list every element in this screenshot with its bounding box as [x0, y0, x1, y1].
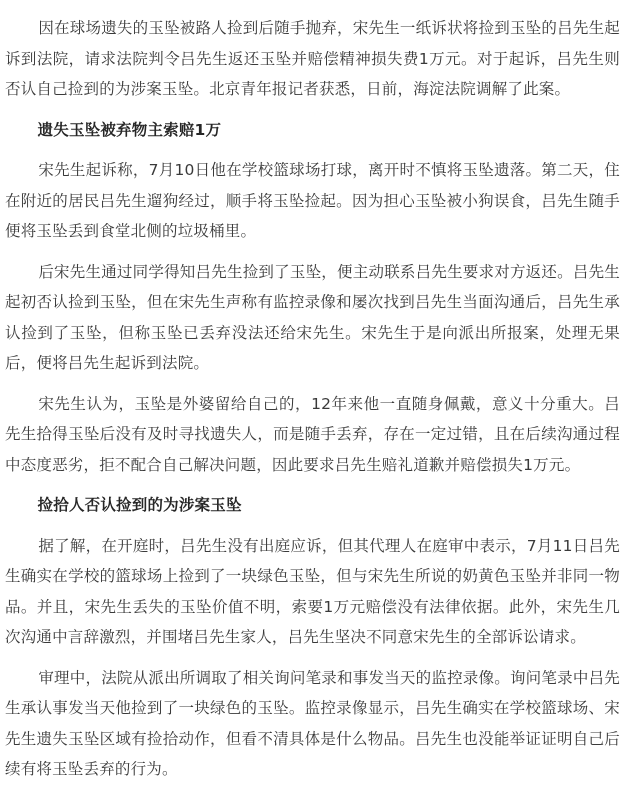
- paragraph-plaintiff-claim: 宋先生起诉称，7月10日他在学校篮球场打球，离开时不慎将玉坠遗落。第二天，住在附…: [5, 155, 620, 247]
- paragraph-defense-statement: 据了解，在开庭时，吕先生没有出庭应诉，但其代理人在庭审中表示，7月11日吕先生确…: [5, 531, 620, 653]
- paragraph-pendant-significance: 宋先生认为，玉坠是外婆留给自己的，12年来他一直随身佩戴，意义十分重大。吕先生拾…: [5, 389, 620, 481]
- intro-paragraph: 因在球场遗失的玉坠被路人捡到后随手抛弃，宋先生一纸诉状将捡到玉坠的吕先生起诉到法…: [5, 13, 620, 105]
- paragraph-contact-and-report: 后宋先生通过同学得知吕先生捡到了玉坠，便主动联系吕先生要求对方返还。吕先生起初否…: [5, 257, 620, 379]
- section-heading-finder-denial: 捡拾人否认捡到的为涉案玉坠: [5, 490, 620, 521]
- section-heading-lost-pendant-claim: 遗失玉坠被弃物主索赔1万: [5, 115, 620, 146]
- article-page: 因在球场遗失的玉坠被路人捡到后随手抛弃，宋先生一纸诉状将捡到玉坠的吕先生起诉到法…: [0, 0, 640, 807]
- paragraph-court-evidence: 审理中，法院从派出所调取了相关询问笔录和事发当天的监控录像。询问笔录中吕先生承认…: [5, 663, 620, 785]
